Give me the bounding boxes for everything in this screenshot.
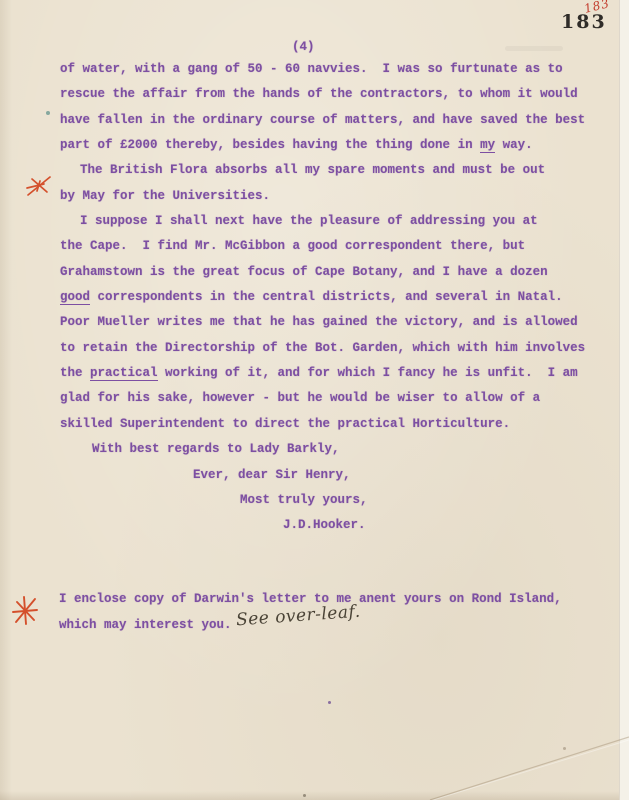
line-text: With best regards to Lady Barkly,: [92, 442, 340, 456]
letter-line: the practical working of it, and for whi…: [60, 361, 605, 386]
typed-page-marker: (4): [292, 40, 315, 54]
scanned-letter-page: 183 183 (4) of water, with a gang of 50 …: [0, 0, 629, 800]
line-text: the Cape. I find Mr. McGibbon a good cor…: [60, 239, 525, 253]
letter-line: rescue the affair from the hands of the …: [60, 82, 605, 107]
line-text: have fallen in the ordinary course of ma…: [60, 113, 585, 127]
letter-line: by May for the Universities.: [60, 184, 605, 209]
letter-line: have fallen in the ordinary course of ma…: [60, 108, 605, 133]
line-text: correspondents in the central districts,…: [90, 290, 563, 304]
letter-line: The British Flora absorbs all my spare m…: [60, 158, 605, 183]
letter-line: Grahamstown is the great focus of Cape B…: [60, 260, 605, 285]
line-text: part of £2000 thereby, besides having th…: [60, 138, 480, 152]
line-text: Ever, dear Sir Henry,: [193, 468, 351, 482]
letter-line: Most truly yours,: [60, 488, 605, 513]
line-text: Most truly yours,: [240, 493, 368, 507]
underlined-word: good: [60, 290, 90, 305]
line-text: the: [60, 366, 90, 380]
red-asterisk-icon: [10, 594, 42, 628]
line-text: The British Flora absorbs all my spare m…: [80, 163, 545, 177]
paper-smudge: [505, 46, 563, 51]
printed-folio-number: 183: [561, 11, 607, 33]
letter-line: With best regards to Lady Barkly,: [60, 437, 605, 462]
line-text: way.: [495, 138, 533, 152]
line-text: working of it, and for which I fancy he …: [158, 366, 578, 380]
letter-line: the Cape. I find Mr. McGibbon a good cor…: [60, 234, 605, 259]
paper-speck: [563, 747, 566, 750]
line-text: J.D.Hooker.: [283, 518, 366, 532]
line-text: I suppose I shall next have the pleasure…: [80, 214, 538, 228]
letter-line: J.D.Hooker.: [60, 513, 605, 538]
paper-speck: [46, 111, 50, 115]
line-text: I enclose copy of Darwin's letter to me …: [59, 592, 562, 606]
line-text: of water, with a gang of 50 - 60 navvies…: [60, 62, 563, 76]
line-text: by May for the Universities.: [60, 189, 270, 203]
line-text: glad for his sake, however - but he woul…: [60, 391, 540, 405]
paper-speck: [303, 794, 306, 797]
underlined-word: my: [480, 138, 495, 153]
line-text: rescue the affair from the hands of the …: [60, 87, 578, 101]
underlined-word: practical: [90, 366, 158, 381]
letter-line: to retain the Directorship of the Bot. G…: [60, 336, 605, 361]
paper-right-edge: [619, 0, 629, 800]
letter-line: good correspondents in the central distr…: [60, 285, 605, 310]
paper-speck: [328, 701, 331, 704]
line-text: Poor Mueller writes me that he has gaine…: [60, 315, 578, 329]
line-text: which may interest you.: [59, 618, 232, 632]
line-text: to retain the Directorship of the Bot. G…: [60, 341, 585, 355]
letter-line: part of £2000 thereby, besides having th…: [60, 133, 605, 158]
letter-body: of water, with a gang of 50 - 60 navvies…: [60, 57, 605, 539]
letter-line: Ever, dear Sir Henry,: [60, 463, 605, 488]
line-text: Grahamstown is the great focus of Cape B…: [60, 265, 548, 279]
letter-line: Poor Mueller writes me that he has gaine…: [60, 310, 605, 335]
letter-line: of water, with a gang of 50 - 60 navvies…: [60, 57, 605, 82]
letter-line: skilled Superintendent to direct the pra…: [60, 412, 605, 437]
letter-line: glad for his sake, however - but he woul…: [60, 386, 605, 411]
letter-line: I suppose I shall next have the pleasure…: [60, 209, 605, 234]
line-text: skilled Superintendent to direct the pra…: [60, 417, 510, 431]
red-asterisk-icon: [24, 171, 54, 201]
